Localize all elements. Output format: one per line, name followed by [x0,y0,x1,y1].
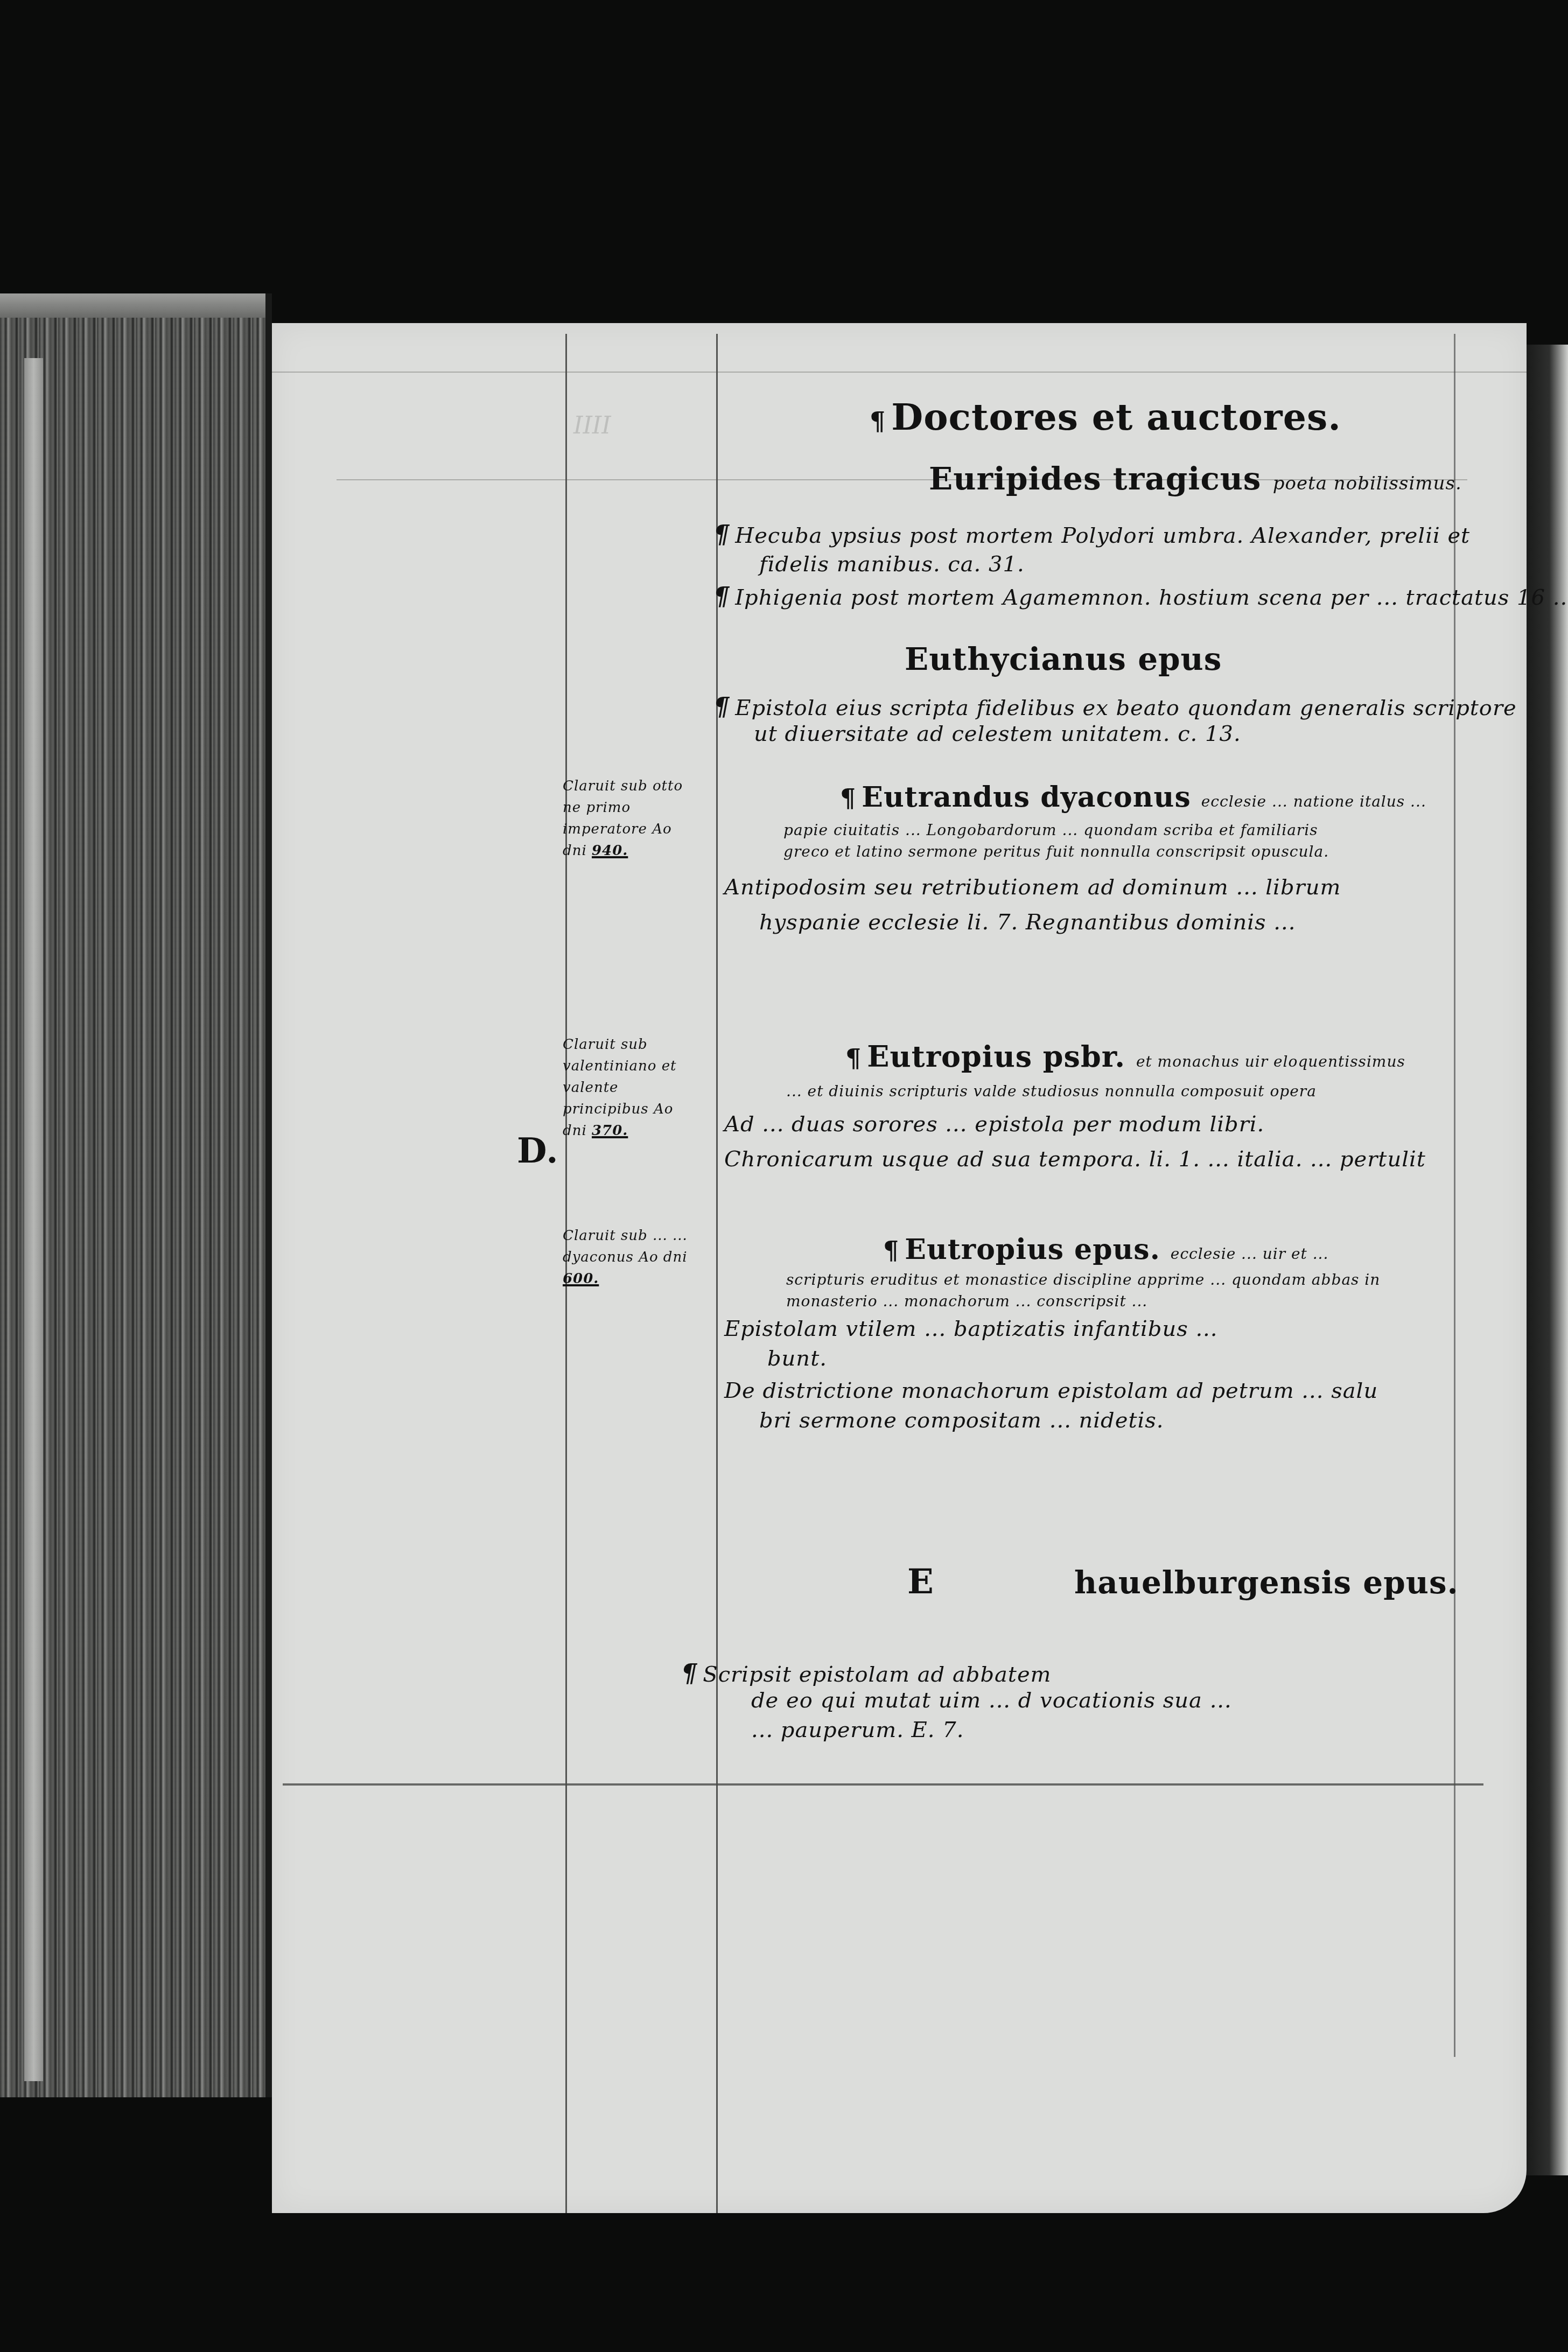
margin-note-eutropius-psbr: Claruit sub valentiniano et valente prin… [563,1034,692,1142]
entry-line: bunt. [767,1346,827,1371]
entry-line: De districtione monachorum epistolam ad … [724,1378,1378,1403]
entry-line: Epistolam vtilem ... baptizatis infantib… [724,1317,1218,1341]
entry-heading-hauelburgensis: hauelburgensis epus. [1074,1564,1459,1601]
manuscript-page: IIII ¶Doctores et auctores. Euripides tr… [272,323,1527,2213]
entry-heading-eutropius-psbr: ¶Eutropius psbr. et monachus uir eloquen… [845,1039,1405,1074]
entry-heading-euthycianus: Euthycianus epus [905,641,1222,677]
entry-line: fidelis manibus. ca. 31. [759,552,1025,577]
entry-line: ¶Scripsit epistolam ad abbatem [681,1658,1052,1688]
entry-line: greco et latino sermone peritus fuit non… [783,843,1329,860]
bottom-rule [283,1783,1483,1786]
entry-heading-euripides: Euripides tragicus poeta nobilissimus. [929,460,1462,497]
paragraph-mark-icon: ¶ [870,407,886,436]
margin-note-eutrandus: Claruit sub otto ne primo imperatore Ao … [563,775,692,862]
entry-line: ... et diuinis scripturis valde studiosu… [786,1082,1317,1100]
side-letter: D. [517,1131,559,1171]
entry-heading-eutropius-epus: ¶Eutropius epus. ecclesie ... uir et ... [883,1233,1328,1266]
margin-rule-text [716,334,718,2213]
entry-line: ¶Hecuba ypsius post mortem Polydori umbr… [713,520,1470,549]
ghost-folio-number: IIII [573,412,611,439]
entry-heading-eutrandus: ¶Eutrandus dyaconus ecclesie ... natione… [840,781,1426,814]
page-strip [24,358,43,2081]
margin-note-eutropius-epus: Claruit sub ... ... dyaconus Ao dni 600. [563,1225,692,1290]
book-fore-edge [0,293,272,2097]
section-title: ¶Doctores et auctores. [870,396,1341,439]
entry-line: ... pauperum. E. 7. [751,1718,964,1742]
entry-line: hyspanie ecclesie li. 7. Regnantibus dom… [759,910,1296,935]
entry-line: papie ciuitatis ... Longobardorum ... qu… [783,821,1318,839]
entry-line: ¶Iphigenia post mortem Agamemnon. hostiu… [713,582,1568,611]
entry-line: Chronicarum usque ad sua tempora. li. 1.… [724,1147,1426,1172]
top-rule [272,372,1527,373]
entry-line: monasterio ... monachorum ... conscripsi… [786,1292,1147,1310]
entry-line: ut diuersitate ad celestem unitatem. c. … [754,722,1241,746]
entry-line: Antipodosim seu retributionem ad dominum… [724,875,1341,900]
entry-initial: E [907,1562,934,1602]
page-edge-shadow [265,293,272,2097]
adjacent-page-edge [1527,345,1568,2175]
entry-line: Ad ... duas sorores ... epistola per mod… [724,1112,1264,1137]
entry-line: ¶Epistola eius scripta fidelibus ex beat… [713,692,1517,721]
entry-line: de eo qui mutat uim ... d vocationis sua… [751,1688,1232,1713]
entry-line: scripturis eruditus et monastice discipl… [786,1271,1380,1289]
section-title-text: Doctores et auctores. [891,396,1341,439]
entry-line: bri sermone compositam ... nidetis. [759,1408,1164,1433]
